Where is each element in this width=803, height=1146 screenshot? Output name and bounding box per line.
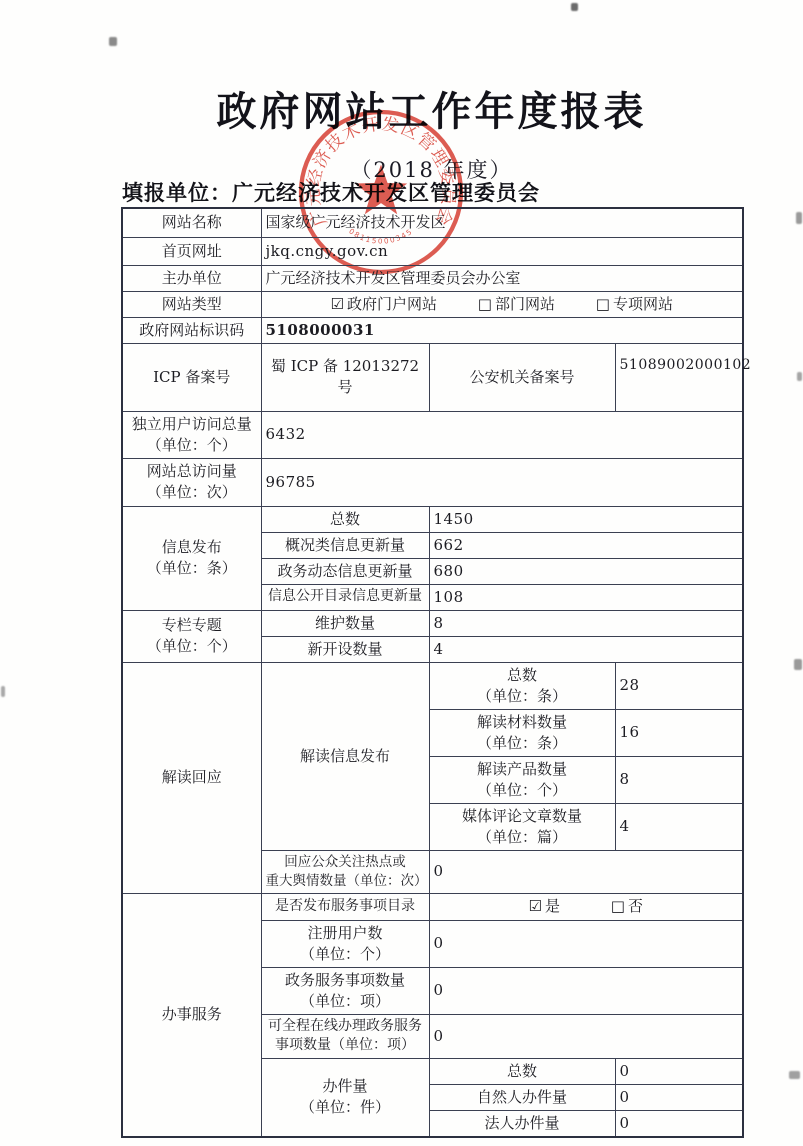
service-item-value: 0 — [429, 967, 743, 1014]
info-publish-section-label: 信息发布 （单位：条） — [122, 506, 261, 610]
info-publish-item-label: 政务动态信息更新量 — [261, 558, 429, 584]
volume-item-value: 0 — [615, 1084, 743, 1110]
table-row: 网站名称 国家级广元经济技术开发区 — [122, 208, 743, 237]
site-code-label: 政府网站标识码 — [122, 317, 261, 343]
scan-artifact — [1, 686, 5, 697]
catalog-no-label: 否 — [628, 897, 643, 915]
unique-visitors-value: 6432 — [261, 411, 743, 458]
table-row: 网站类型 ☑政府门户网站 □部门网站 □专项网站 — [122, 291, 743, 317]
volume-item-value: 0 — [615, 1058, 743, 1084]
info-publish-item-label: 信息公开目录信息更新量 — [261, 584, 429, 610]
icp-number: 蜀 ICP 备 12013272 号 — [261, 343, 429, 411]
site-type-option-label: 专项网站 — [613, 295, 673, 313]
table-row: 解读回应 解读信息发布 总数 （单位：条） 28 — [122, 662, 743, 709]
total-visits-value: 96785 — [261, 458, 743, 506]
scan-artifact — [794, 659, 802, 670]
volume-item-value: 0 — [615, 1110, 743, 1137]
checkbox-unchecked-icon: □ — [478, 295, 492, 313]
info-publish-item-value: 680 — [429, 558, 743, 584]
interpret-item-value: 16 — [615, 709, 743, 756]
interpret-publish-label: 解读信息发布 — [261, 662, 429, 850]
site-type-option-department: □部门网站 — [478, 295, 555, 313]
services-section-label: 办事服务 — [122, 893, 261, 1137]
reporting-unit-name: 广元经济技术开发区管理委员会 — [232, 181, 540, 205]
table-row: 政府网站标识码 5108000031 — [122, 317, 743, 343]
document-page: 政府网站工作年度报表 （2018 年度） 填报单位：广元经济技术开发区管理委员会… — [0, 0, 803, 1146]
service-item-value: 0 — [429, 920, 743, 967]
volume-item-label: 法人办件量 — [429, 1110, 615, 1137]
table-row: 信息发布 （单位：条） 总数 1450 — [122, 506, 743, 532]
table-row: 办事服务 是否发布服务事项目录 ☑是 □否 — [122, 893, 743, 920]
unique-visitors-label: 独立用户访问总量 （单位：个） — [122, 411, 261, 458]
table-row: 首页网址 jkq.cngy.gov.cn — [122, 237, 743, 265]
scan-artifact — [109, 37, 117, 46]
police-record-number: 51089002000102 — [615, 343, 743, 411]
info-publish-item-value: 108 — [429, 584, 743, 610]
service-item-label: 可全程在线办理政务服务 事项数量（单位：项） — [261, 1014, 429, 1058]
site-type-option-portal: ☑政府门户网站 — [331, 295, 437, 313]
columns-item-value: 4 — [429, 636, 743, 662]
catalog-yes-label: 是 — [545, 897, 560, 915]
icp-label: ICP 备案号 — [122, 343, 261, 411]
checkbox-unchecked-icon: □ — [611, 897, 625, 915]
info-publish-item-value: 1450 — [429, 506, 743, 532]
reporting-unit-label: 填报单位： — [122, 181, 232, 205]
site-type-option-label: 政府门户网站 — [347, 295, 437, 313]
scan-artifact — [789, 1071, 800, 1079]
volume-section-label: 办件量 （单位：件） — [261, 1058, 429, 1137]
scan-artifact — [571, 3, 578, 11]
table-row: ICP 备案号 蜀 ICP 备 12013272 号 公安机关备案号 51089… — [122, 343, 743, 411]
site-code-value: 5108000031 — [261, 317, 743, 343]
organizer-value: 广元经济技术开发区管理委员会办公室 — [261, 265, 743, 291]
scan-artifact — [796, 212, 802, 224]
columns-item-label: 维护数量 — [261, 610, 429, 636]
volume-item-label: 总数 — [429, 1058, 615, 1084]
report-table: 网站名称 国家级广元经济技术开发区 首页网址 jkq.cngy.gov.cn 主… — [121, 207, 744, 1138]
columns-item-value: 8 — [429, 610, 743, 636]
site-type-options: ☑政府门户网站 □部门网站 □专项网站 — [261, 291, 743, 317]
site-type-label: 网站类型 — [122, 291, 261, 317]
site-type-option-label: 部门网站 — [495, 295, 555, 313]
interpret-item-value: 8 — [615, 756, 743, 803]
columns-section-label: 专栏专题 （单位：个） — [122, 610, 261, 662]
catalog-option-no: □否 — [611, 897, 643, 915]
interpret-item-value: 28 — [615, 662, 743, 709]
homepage-url: jkq.cngy.gov.cn — [261, 237, 743, 265]
respond-hotspot-value: 0 — [429, 850, 743, 893]
table-row: 专栏专题 （单位：个） 维护数量 8 — [122, 610, 743, 636]
columns-item-label: 新开设数量 — [261, 636, 429, 662]
organizer-label: 主办单位 — [122, 265, 261, 291]
interpret-item-value: 4 — [615, 803, 743, 850]
service-item-label: 注册用户数 （单位：个） — [261, 920, 429, 967]
info-publish-item-label: 概况类信息更新量 — [261, 532, 429, 558]
table-row: 主办单位 广元经济技术开发区管理委员会办公室 — [122, 265, 743, 291]
info-publish-item-value: 662 — [429, 532, 743, 558]
catalog-option-yes: ☑是 — [529, 897, 560, 915]
scan-artifact — [797, 372, 802, 381]
total-visits-label: 网站总访问量 （单位：次） — [122, 458, 261, 506]
reporting-unit-line: 填报单位：广元经济技术开发区管理委员会 — [122, 177, 540, 207]
checkbox-checked-icon: ☑ — [331, 295, 344, 313]
site-name-value: 国家级广元经济技术开发区 — [261, 208, 743, 237]
checkbox-checked-icon: ☑ — [529, 897, 542, 915]
info-publish-item-label: 总数 — [261, 506, 429, 532]
police-record-label: 公安机关备案号 — [429, 343, 615, 411]
checkbox-unchecked-icon: □ — [596, 295, 610, 313]
service-catalog-options: ☑是 □否 — [429, 893, 743, 920]
interpret-section-label: 解读回应 — [122, 662, 261, 893]
homepage-label: 首页网址 — [122, 237, 261, 265]
interpret-item-label: 解读产品数量 （单位：个） — [429, 756, 615, 803]
interpret-item-label: 总数 （单位：条） — [429, 662, 615, 709]
volume-item-label: 自然人办件量 — [429, 1084, 615, 1110]
site-name-label: 网站名称 — [122, 208, 261, 237]
site-type-option-special: □专项网站 — [596, 295, 673, 313]
interpret-item-label: 媒体评论文章数量 （单位：篇） — [429, 803, 615, 850]
interpret-item-label: 解读材料数量 （单位：条） — [429, 709, 615, 756]
table-row: 独立用户访问总量 （单位：个） 6432 — [122, 411, 743, 458]
service-item-label: 政务服务事项数量 （单位：项） — [261, 967, 429, 1014]
page-title: 政府网站工作年度报表 — [60, 80, 803, 137]
service-item-value: 0 — [429, 1014, 743, 1058]
service-catalog-label: 是否发布服务事项目录 — [261, 893, 429, 920]
table-row: 网站总访问量 （单位：次） 96785 — [122, 458, 743, 506]
respond-hotspot-label: 回应公众关注热点或 重大舆情数量（单位：次） — [261, 850, 429, 893]
